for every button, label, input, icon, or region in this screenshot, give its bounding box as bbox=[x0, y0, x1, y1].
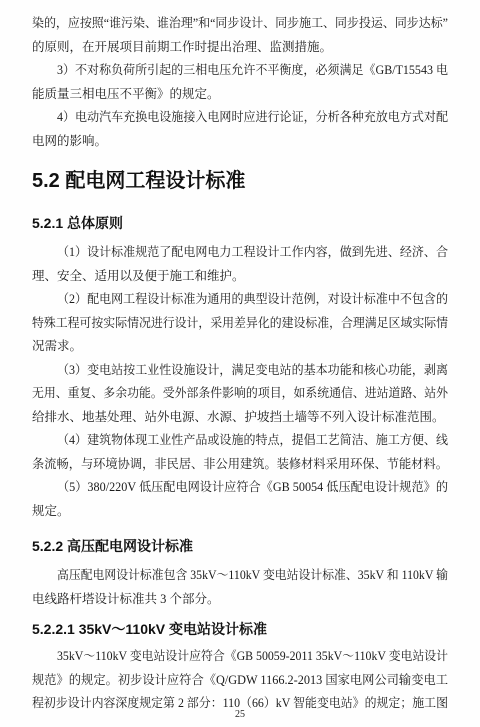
text-line: 特殊工程可按实际情况进行设计，采用差异化的建设标准，合理满足区域实际情 bbox=[32, 312, 448, 336]
section-heading-h1: 5.2 配电网工程设计标准 bbox=[32, 166, 448, 196]
text-line: 给排水、地基处理、站外电源、水源、护坡挡土墙等不列入设计标准范围。 bbox=[32, 406, 448, 430]
page-content: 染的，应按照“谁污染、谁治理”和“同步设计、同步施工、同步投运、同步达标”的原则… bbox=[32, 12, 448, 716]
paragraph: 染的，应按照“谁污染、谁治理”和“同步设计、同步施工、同步投运、同步达标”的原则… bbox=[32, 12, 448, 59]
text-line: （1）设计标准规范了配电网电力工程设计工作内容，做到先进、经济、合 bbox=[32, 241, 448, 265]
page-number: 25 bbox=[0, 709, 480, 721]
document-page: 染的，应按照“谁污染、谁治理”和“同步设计、同步施工、同步投运、同步达标”的原则… bbox=[0, 0, 480, 727]
text-line: 条流畅，与环境协调，非民居、非公用建筑。装修材料采用环保、节能材料。 bbox=[32, 453, 448, 477]
paragraph: （5）380/220V 低压配电网设计应符合《GB 50054 低压配电设计规范… bbox=[32, 476, 448, 523]
text-line: 3）不对称负荷所引起的三相电压允许不平衡度，必须满足《GB/T15543 电 bbox=[32, 59, 448, 83]
text-line: 规定。 bbox=[32, 500, 448, 524]
section-heading-h3: 5.2.2.1 35kV～110kV 变电站设计标准 bbox=[32, 618, 448, 640]
paragraph: 3）不对称负荷所引起的三相电压允许不平衡度，必须满足《GB/T15543 电能质… bbox=[32, 59, 448, 106]
text-line: （5）380/220V 低压配电网设计应符合《GB 50054 低压配电设计规范… bbox=[32, 476, 448, 500]
paragraph: （2）配电网工程设计标准为通用的典型设计范例，对设计标准中不包含的特殊工程可按实… bbox=[32, 288, 448, 359]
paragraph: 4）电动汽车充换电设施接入电网时应进行论证，分析各种充放电方式对配电网的影响。 bbox=[32, 106, 448, 153]
section-heading-h2b: 5.2.2 高压配电网设计标准 bbox=[32, 535, 448, 557]
text-line: 无用、重复、多余功能。受外部条件影响的项目，如系统通信、进站道路、站外 bbox=[32, 382, 448, 406]
text-line: （4）建筑物体现工业性产品或设施的特点，提倡工艺简洁、施工方便、线 bbox=[32, 429, 448, 453]
text-line: 理、安全、适用以及便于施工和维护。 bbox=[32, 265, 448, 289]
text-line: 电网的影响。 bbox=[32, 130, 448, 154]
text-line: 规范》的规定。初步设计应符合《Q/GDW 1166.2-2013 国家电网公司输… bbox=[32, 669, 448, 693]
text-line: （2）配电网工程设计标准为通用的典型设计范例，对设计标准中不包含的 bbox=[32, 288, 448, 312]
text-line: 染的，应按照“谁污染、谁治理”和“同步设计、同步施工、同步投运、同步达标” bbox=[32, 12, 448, 36]
text-line: 的原则，在开展项目前期工作时提出治理、监测措施。 bbox=[32, 36, 448, 60]
paragraph: 高压配电网设计标准包含 35kV～110kV 变电站设计标准、35kV 和 11… bbox=[32, 564, 448, 611]
paragraph: （1）设计标准规范了配电网电力工程设计工作内容，做到先进、经济、合理、安全、适用… bbox=[32, 241, 448, 288]
paragraph: 35kV～110kV 变电站设计应符合《GB 50059-2011 35kV～1… bbox=[32, 645, 448, 716]
paragraph: （3）变电站按工业性设施设计，满足变电站的基本功能和核心功能，剥离无用、重复、多… bbox=[32, 359, 448, 430]
text-line: （3）变电站按工业性设施设计，满足变电站的基本功能和核心功能，剥离 bbox=[32, 359, 448, 383]
section-heading-h2: 5.2.1 总体原则 bbox=[32, 212, 448, 234]
text-line: 况需求。 bbox=[32, 335, 448, 359]
text-line: 35kV～110kV 变电站设计应符合《GB 50059-2011 35kV～1… bbox=[32, 645, 448, 669]
text-line: 高压配电网设计标准包含 35kV～110kV 变电站设计标准、35kV 和 11… bbox=[32, 564, 448, 588]
text-line: 能质量三相电压不平衡》的规定。 bbox=[32, 83, 448, 107]
paragraph: （4）建筑物体现工业性产品或设施的特点，提倡工艺简洁、施工方便、线条流畅，与环境… bbox=[32, 429, 448, 476]
text-line: 电线路杆塔设计标准共 3 个部分。 bbox=[32, 588, 448, 612]
text-line: 4）电动汽车充换电设施接入电网时应进行论证，分析各种充放电方式对配 bbox=[32, 106, 448, 130]
